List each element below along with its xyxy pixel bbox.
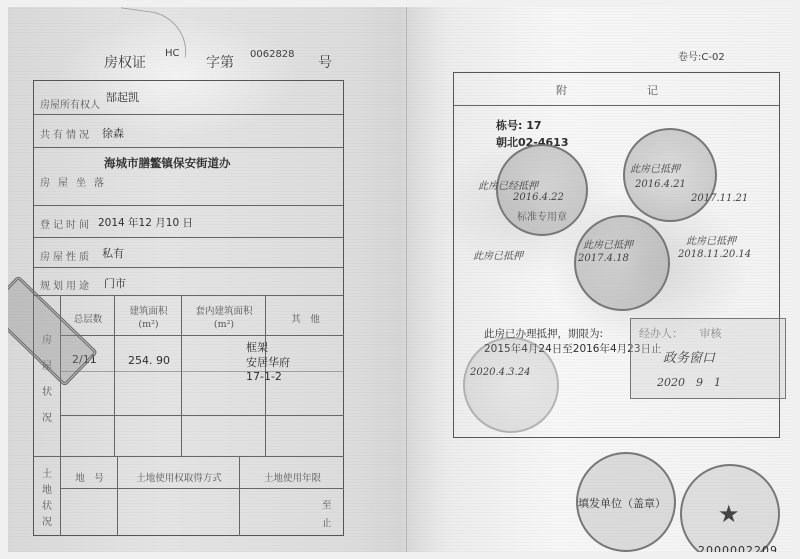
register-label: 登记时间 bbox=[40, 216, 92, 231]
notes-title-left: 附 bbox=[556, 82, 567, 98]
approval-date: 2020 9 1 bbox=[657, 374, 721, 390]
cert-mid: 字第 bbox=[206, 52, 234, 72]
col-inner-area: 套内建筑面积 (m²) bbox=[183, 305, 265, 331]
issuer-label: 填发单位（盖章） bbox=[578, 495, 666, 511]
approval-stamp-text: 经办人： 审核 bbox=[639, 325, 722, 341]
coowner-label: 共有情况 bbox=[40, 126, 92, 141]
star-icon: ★ bbox=[718, 500, 740, 528]
notes-title-right: 记 bbox=[647, 82, 658, 98]
approval-signature: 政务窗口 bbox=[663, 347, 715, 366]
handnote-11: 2020.4.3.24 bbox=[470, 367, 530, 378]
approval-stamp: 经办人： 审核 政务窗口 2020 9 1 bbox=[630, 318, 786, 399]
handnote-5: 2017.11.21 bbox=[691, 193, 748, 204]
handnote-6: 此房已抵押 bbox=[583, 236, 633, 251]
area-value: 254. 90 bbox=[128, 354, 170, 367]
nature-label: 房屋性质 bbox=[40, 248, 92, 263]
location-row: 房屋坐落 海城市膳鳘镇保安街道办 bbox=[34, 148, 343, 206]
use-value: 门市 bbox=[104, 275, 126, 291]
other-structure: 框架 bbox=[246, 339, 268, 355]
nature-value: 私有 bbox=[102, 245, 124, 261]
use-label: 规划用途 bbox=[40, 277, 92, 292]
other-complex: 安居华府 bbox=[246, 354, 290, 370]
cert-prefix: 房权证 bbox=[104, 52, 146, 72]
col-land-acquisition: 土地使用权取得方式 bbox=[119, 472, 239, 485]
col-land-term: 土地使用年限 bbox=[241, 472, 344, 485]
handnote-7: 2017.4.18 bbox=[578, 253, 629, 264]
other-unit: 17-1-2 bbox=[246, 370, 282, 383]
owner-value: 郜起凯 bbox=[106, 89, 139, 105]
land-term-from: 至 bbox=[322, 499, 332, 512]
cert-number: 0062828 bbox=[250, 49, 295, 60]
register-value: 2014 年12 月10 日 bbox=[98, 215, 193, 230]
col-other: 其 他 bbox=[267, 313, 344, 326]
scanned-document: 房权证 HC 字第 0062828 号 卷号:C-02 房屋所有权人 郜起凯 共… bbox=[8, 7, 792, 552]
nature-row: 房屋性质 私有 bbox=[34, 238, 343, 268]
handnote-4: 2016.4.21 bbox=[635, 179, 686, 190]
cert-suffix: 号 bbox=[318, 52, 332, 72]
official-seal: ★ bbox=[680, 464, 780, 552]
mortgage-stamp-2 bbox=[623, 128, 717, 222]
building-number: 栋号: 17 bbox=[496, 117, 542, 133]
owner-row: 房屋所有权人 郜起凯 bbox=[34, 81, 343, 115]
col-area: 建筑面积 (m²) bbox=[116, 305, 181, 331]
pen-mark bbox=[115, 7, 191, 57]
mortgage-stamp-4 bbox=[463, 337, 559, 433]
handnote-9: 2018.11.20.14 bbox=[678, 249, 751, 260]
handnote-10: 此房已抵押 bbox=[473, 247, 523, 262]
coowner-row: 共有情况 徐森 bbox=[34, 115, 343, 148]
handnote-3: 此房已抵押 bbox=[630, 160, 680, 175]
owner-label: 房屋所有权人 bbox=[40, 96, 100, 111]
ownership-table: 房屋所有权人 郜起凯 共有情况 徐森 房屋坐落 海城市膳鳘镇保安街道办 登记时间… bbox=[33, 80, 344, 536]
land-term-to: 止 bbox=[322, 517, 332, 530]
volume-number: 卷号:C-02 bbox=[678, 48, 725, 63]
handnote-8: 此房已抵押 bbox=[686, 232, 736, 247]
handnote-1: 此房已经抵押 bbox=[478, 177, 538, 192]
col-land-number: 地 号 bbox=[62, 472, 117, 485]
page-fold bbox=[406, 7, 407, 552]
coowner-value: 徐森 bbox=[102, 125, 124, 141]
notes-header: 附 记 bbox=[454, 73, 779, 106]
handnote-2: 2016.4.22 bbox=[513, 192, 564, 203]
location-label: 房屋坐落 bbox=[40, 174, 112, 189]
location-value: 海城市膳鳘镇保安街道办 bbox=[104, 155, 231, 171]
serial-number: 2000002209 bbox=[698, 544, 778, 552]
use-row: 规划用途 门市 bbox=[34, 268, 343, 296]
register-row: 登记时间 2014 年12 月10 日 bbox=[34, 206, 343, 238]
cert-code: HC bbox=[165, 48, 180, 59]
